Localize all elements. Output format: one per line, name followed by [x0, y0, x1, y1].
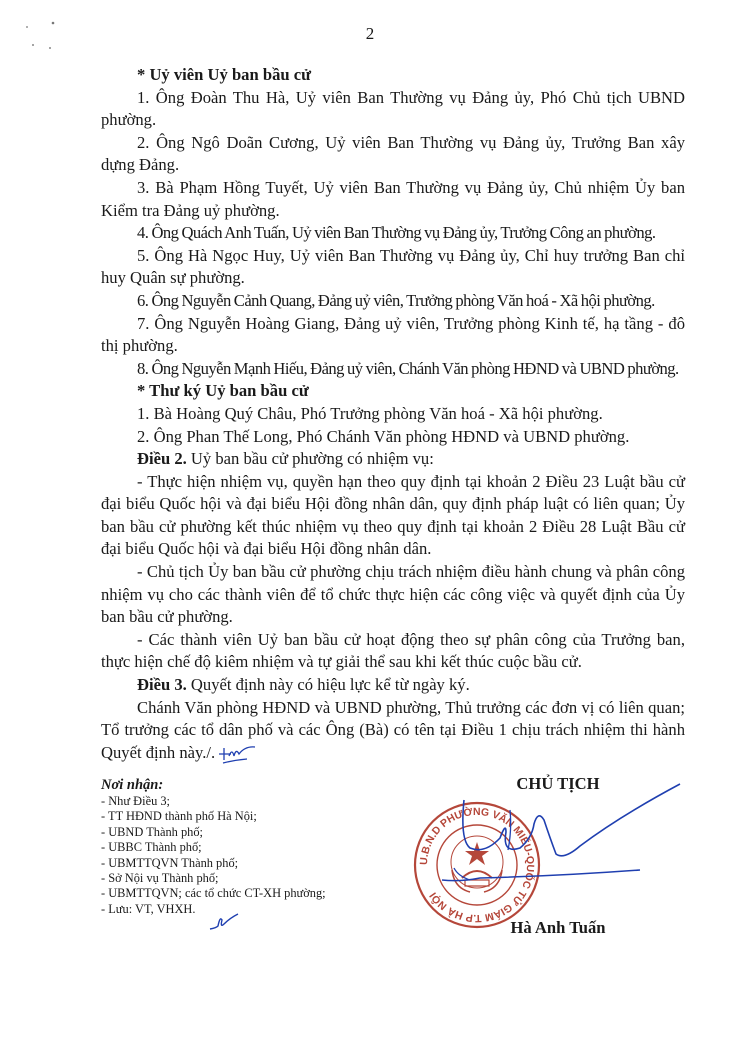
recipient-item: - UBMTTQVN Thành phố; [101, 856, 326, 871]
member-item-1: 1. Ông Đoàn Thu Hà, Uỷ viên Ban Thường v… [101, 87, 685, 132]
member-item-5: 5. Ông Hà Ngọc Huy, Uỷ viên Ban Thường v… [101, 245, 685, 290]
signature-icon [440, 780, 700, 900]
recipient-item: - UBBC Thành phố; [101, 840, 326, 855]
member-item-8: 8. Ông Nguyễn Mạnh Hiếu, Đảng uỷ viên, C… [101, 358, 685, 381]
initials-icon [215, 744, 257, 764]
recipient-item: - TT HĐND thành phố Hà Nội; [101, 809, 326, 824]
member-item-7: 7. Ông Nguyễn Hoàng Giang, Đảng uỷ viên,… [101, 313, 685, 358]
article-2-item-1: - Thực hiện nhiệm vụ, quyền hạn theo quy… [101, 471, 685, 561]
secretary-item-2: 2. Ông Phan Thế Long, Phó Chánh Văn phòn… [101, 426, 685, 449]
article-2-item-2: - Chủ tịch Ủy ban bầu cử phường chịu trá… [101, 561, 685, 629]
initials-icon [208, 912, 240, 932]
document-body: * Uỷ viên Uỷ ban bầu cử 1. Ông Đoàn Thu … [101, 64, 685, 764]
signer-name: Hà Anh Tuấn [488, 918, 628, 938]
article-2-label: Điều 2. [137, 449, 187, 468]
article-3-execution-text: Chánh Văn phòng HĐND và UBND phường, Thủ… [101, 698, 685, 762]
article-2-item-3: - Các thành viên Uỷ ban bầu cử hoạt động… [101, 629, 685, 674]
page-number: 2 [0, 24, 740, 44]
article-2: Điều 2. Uỷ ban bầu cử phường có nhiệm vụ… [101, 448, 685, 471]
member-item-4: 4. Ông Quách Anh Tuấn, Uỷ viên Ban Thườn… [101, 222, 685, 245]
secretary-item-1: 1. Bà Hoàng Quý Châu, Phó Trưởng phòng V… [101, 403, 685, 426]
article-2-intro: Uỷ ban bầu cử phường có nhiệm vụ: [187, 449, 434, 468]
secretary-heading: * Thư ký Uỷ ban bầu cử [101, 380, 685, 403]
recipients-block: Nơi nhận: - Như Điều 3; - TT HĐND thành … [101, 776, 326, 917]
article-3-label: Điều 3. [137, 675, 187, 694]
recipient-item: - Sở Nội vụ Thành phố; [101, 871, 326, 886]
recipient-item: - UBMTTQVN; các tổ chức CT-XH phường; [101, 886, 326, 901]
recipient-item: - UBND Thành phố; [101, 825, 326, 840]
members-heading: * Uỷ viên Uỷ ban bầu cử [101, 64, 685, 87]
member-item-2: 2. Ông Ngô Doãn Cương, Uỷ viên Ban Thườn… [101, 132, 685, 177]
member-item-6: 6. Ông Nguyễn Cảnh Quang, Đảng uỷ viên, … [101, 290, 685, 313]
recipients-title: Nơi nhận: [101, 776, 326, 794]
article-3-execution: Chánh Văn phòng HĐND và UBND phường, Thủ… [101, 697, 685, 765]
article-3: Điều 3. Quyết định này có hiệu lực kể từ… [101, 674, 685, 697]
member-item-3: 3. Bà Phạm Hồng Tuyết, Uỷ viên Ban Thườn… [101, 177, 685, 222]
article-3-text: Quyết định này có hiệu lực kể từ ngày ký… [187, 675, 470, 694]
recipient-item: - Như Điều 3; [101, 794, 326, 809]
